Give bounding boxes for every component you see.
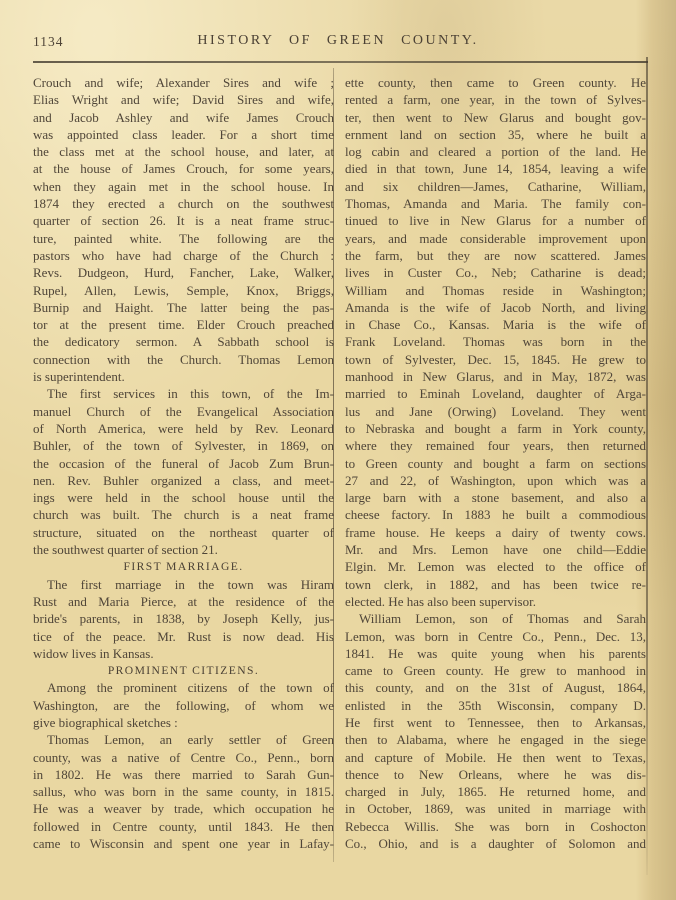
text-line: ings were held in the school house until… [33,489,334,506]
column-divider-rule [333,68,334,862]
text-line: Revs. Dudgeon, Hurd, Fancher, Lake, Walk… [33,264,334,281]
text-line: Washington, are the following, of whom w… [33,697,334,714]
running-title: HISTORY OF GREEN COUNTY. [0,33,676,49]
text-line: tor at the present time. Elder Crouch pr… [33,316,334,333]
text-line: was appointed class leader. For a short … [33,126,334,143]
section-heading: FIRST MARRIAGE. [33,558,334,575]
text-line: tinued to live in New Glarus for a numbe… [345,212,646,229]
text-line: Co., Ohio, and is a daughter of Solomon … [345,835,646,852]
book-page: 1134 HISTORY OF GREEN COUNTY. Crouch and… [0,0,676,900]
text-line: then to Alabama, where he engaged in the… [345,731,646,748]
text-line: the class met at the school house, and l… [33,143,334,160]
text-line: William and Thomas reside in Washington; [345,282,646,299]
text-line: bride's parents, in 1838, by Joseph Kell… [33,610,334,627]
text-line: lus and Jane (Orwing) Loveland. They wen… [345,403,646,420]
text-line: sallus, who was born in the same county,… [33,783,334,800]
left-column: Crouch and wife; Alexander Sires and wif… [33,74,334,852]
text-line: town of Sylvester, Dec. 15, 1845. He gre… [345,351,646,368]
text-line: cheese factory. In 1883 he built a commo… [345,506,646,523]
text-line: when they again met in the school house.… [33,178,334,195]
text-line: to Green county and bought a farm on sec… [345,455,646,472]
text-line: this county, and on the 31st of August, … [345,679,646,696]
text-line: Rupel, Allen, Lewis, Semple, Knox, Brigg… [33,282,334,299]
text-line: came to Wisconsin and spent one year in … [33,835,334,852]
text-line: followed in Centre county, until 1843. H… [33,818,334,835]
right-column: ette county, then came to Green county. … [345,74,646,852]
text-line: connection with the Church. Thomas Lemon [33,351,334,368]
text-line: Frank Loveland. Thomas was born in the [345,333,646,350]
text-line: ter, then went to New Glarus and bought … [345,109,646,126]
text-line: Elgin. Mr. Lemon was elected to the offi… [345,558,646,575]
text-line: and capture of Mobile. He then went to T… [345,749,646,766]
text-line: William Lemon, son of Thomas and Sarah [345,610,646,627]
text-line: The first services in this town, of the … [33,385,334,402]
text-line: structure, situated on the northeast qua… [33,524,334,541]
text-line: Buhler, of the town of Sylvester, in 186… [33,437,334,454]
text-line: widow lives in Kansas. [33,645,334,662]
text-line: and six children—James, Catharine, Willi… [345,178,646,195]
text-line: is superintendent. [33,368,334,385]
text-line: tice of the peace. Mr. Rust is now dead.… [33,628,334,645]
text-line: quarter of section 26. It is a neat fram… [33,212,334,229]
text-line: where they remained four years, then ret… [345,437,646,454]
text-line: ette county, then came to Green county. … [345,74,646,91]
text-line: manhood in New Glarus, and in May, 1872,… [345,368,646,385]
text-line: the dedicatory sermon. A Sabbath school … [33,333,334,350]
text-line: 1841. He was quite young when his parent… [345,645,646,662]
text-line: in October, 1869, was united in marriage… [345,800,646,817]
text-line: Burnip and Haight. The latter being the … [33,299,334,316]
text-line: the occasion of the funeral of Jacob Zum… [33,455,334,472]
text-line: He was a weaver by trade, which occupati… [33,800,334,817]
text-line: years, and made considerable improvement… [345,230,646,247]
text-line: of North America, were held by Rev. Leon… [33,420,334,437]
text-line: thence to New Orleans, where he was dis- [345,766,646,783]
text-line: Thomas Lemon, an early settler of Green [33,731,334,748]
text-line: give biographical sketches : [33,714,334,731]
text-line: the farm, but they are now scattered. Ja… [345,247,646,264]
text-line: Elias Wright and wife; David Sires and w… [33,91,334,108]
text-line: 27 and 22, of Washington, upon which was… [345,472,646,489]
text-line: at the house of James Crouch, for some y… [33,160,334,177]
text-line: married to Eminah Loveland, daughter of … [345,385,646,402]
text-line: Lemon, was born in Centre Co., Penn., De… [345,628,646,645]
text-line: county, was a native of Centre Co., Penn… [33,749,334,766]
text-line: pastors who have had charge of the Churc… [33,247,334,264]
text-line: frame house. He keeps a dairy of twenty … [345,524,646,541]
text-line: nen. Rev. Buhler organized a class, and … [33,472,334,489]
text-line: Amanda is the wife of Jacob North, and l… [345,299,646,316]
text-line: enlisted in the 35th Wisconsin, company … [345,697,646,714]
text-line: rented a farm, one year, in the town of … [345,91,646,108]
text-line: 1874 they erected a church on the southw… [33,195,334,212]
text-line: to Nebraska and bought a farm in York co… [345,420,646,437]
text-line: the southwest quarter of section 21. [33,541,334,558]
text-line: He first went to Tennessee, then to Arka… [345,714,646,731]
text-line: and Jacob Ashley and wife James Crouch [33,109,334,126]
text-line: Crouch and wife; Alexander Sires and wif… [33,74,334,91]
text-line: elected. He has also been supervisor. [345,593,646,610]
text-line: died in that town, June 14, 1854, leavin… [345,160,646,177]
text-line: charged in July, 1865. He returned home,… [345,783,646,800]
text-line: lives in Custer Co., Neb; Catharine is d… [345,264,646,281]
text-line: ernment land on section 35, where he bui… [345,126,646,143]
text-line: town clerk, in 1882, and has been twice … [345,576,646,593]
text-line: Rebecca Willis. She was born in Coshocto… [345,818,646,835]
text-line: came to Green county. He grew to manhood… [345,662,646,679]
text-line: Mr. and Mrs. Lemon have one child—Eddie [345,541,646,558]
page-edge-rule [646,57,648,875]
text-line: in 1802. He was there married to Sarah G… [33,766,334,783]
text-line: Rust and Maria Pierce, at the residence … [33,593,334,610]
text-line: in Chase Co., Kansas. Maria is the wife … [345,316,646,333]
text-line: manuel Church of the Evangelical Associa… [33,403,334,420]
text-line: large barn with a stone basement, and al… [345,489,646,506]
header-rule [33,61,648,63]
text-line: The first marriage in the town was Hiram [33,576,334,593]
text-line: Among the prominent citizens of the town… [33,679,334,696]
text-line: church was built. The church is a neat f… [33,506,334,523]
text-line: Thomas, Amanda and Maria. The family con… [345,195,646,212]
section-heading: PROMINENT CITIZENS. [33,662,334,679]
text-line: ture, painted white. The following are t… [33,230,334,247]
text-line: log cabin and cleared a portion of the l… [345,143,646,160]
